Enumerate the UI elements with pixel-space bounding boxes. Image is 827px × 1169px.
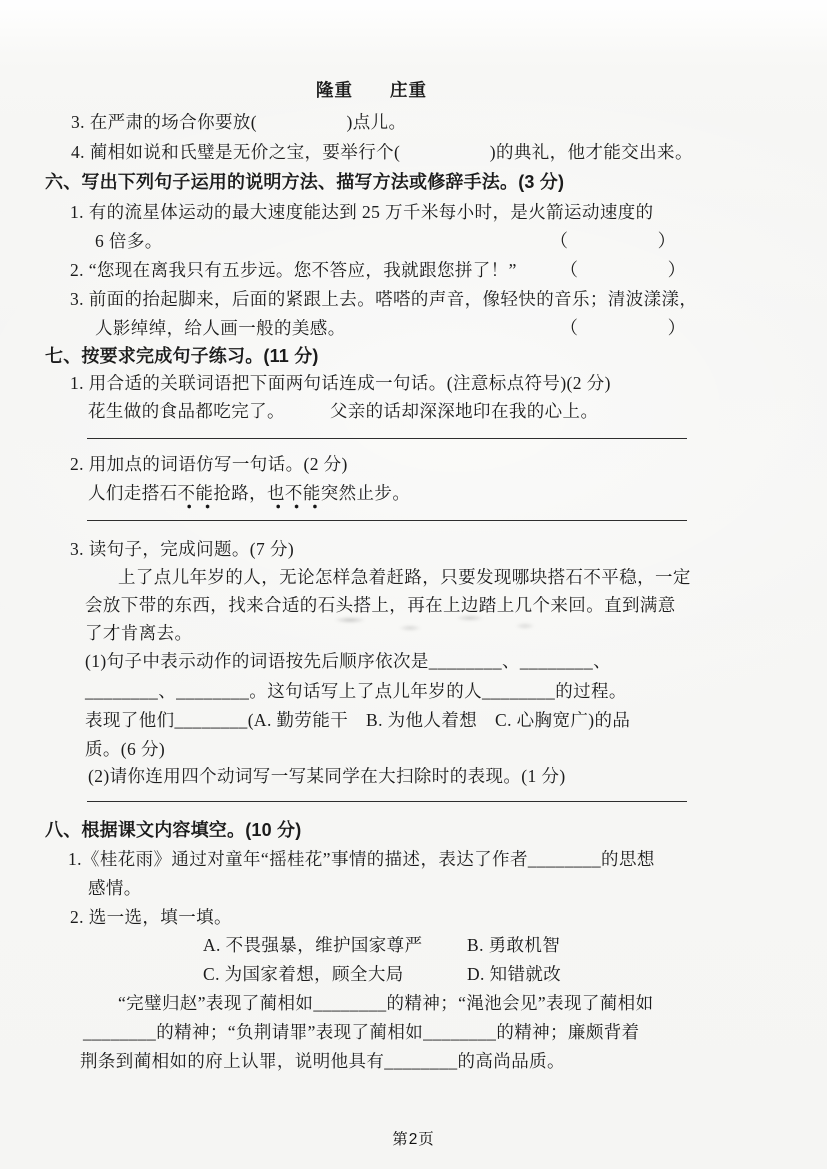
question-line-5-3: 3. 在严肃的场合你要放( )点儿。 [71,110,406,134]
option-d: D. 知错就改 [467,962,561,986]
paren-close: ） [668,316,686,340]
answer-rule-line [87,520,687,521]
question-line-6-3b: 人影绰绰，给人画一般的美感。 [95,316,346,340]
sentence-segment: 抢路， [213,483,267,503]
emphasized-word: 不能 [178,483,214,509]
emphasized-word: 也不能 [267,483,321,509]
section-seven-header: 七、按要求完成句子练习。(11 分) [45,344,319,368]
paren-close: ） [658,229,676,253]
answer-rule-line [87,438,687,439]
section-six-header: 六、写出下列句子运用的说明方法、描写方法或修辞手法。(3 分) [45,170,564,194]
subquestion-line: (2)请你连用四个动词写一写某同学在大扫除时的表现。(1 分) [88,764,566,788]
question-line-5-4: 4. 蔺相如说和氏璧是无价之宝，要举行个( )的典礼，他才能交出来。 [71,140,693,164]
option-b: B. 勇敢机智 [467,933,560,957]
question-line-6-1a: 1. 有的流星体运动的最大速度能达到 25 万千米每小时，是火箭运动速度的 [70,200,654,224]
answer-blank-parens-6-1: （ ） [550,229,676,253]
option-a: A. 不畏强暴，维护国家尊严 [203,933,423,957]
answer-blank-parens-6-2: （ ） [560,258,686,282]
subquestion-line: ________、________。这句话写上了点儿年岁的人________的过… [85,679,627,703]
paren-open: （ [560,316,578,340]
answer-rule-line [87,801,687,802]
question-line-8-1a: 1.《桂花雨》通过对童年“摇桂花”事情的描述，表达了作者________的思想 [68,847,655,871]
fill-in-paragraph-line: “完璧归赵”表现了蔺相如________的精神；“渑池会见”表现了蔺相如 [118,991,653,1015]
question-line-7-3: 3. 读句子，完成问题。(7 分) [70,537,294,561]
section-eight-header: 八、根据课文内容填空。(10 分) [45,818,301,842]
question-line-8-1b: 感情。 [88,876,142,900]
fill-in-paragraph-line: ________的精神；“负荆请罪”表现了蔺相如________的精神；廉颇背着 [83,1020,640,1044]
word-bank: 隆重 庄重 [316,78,427,102]
question-7-1-sentences: 花生做的食品都吃完了。 父亲的话却深深地印在我的心上。 [88,399,598,423]
subquestion-line: 表现了他们________(A. 勤劳能干 B. 为他人着想 C. 心胸宽广)的… [85,708,630,732]
question-line-6-1b: 6 倍多。 [95,229,163,253]
sentence-segment: 人们走搭石 [88,483,178,503]
passage-line: 上了点儿年岁的人，无论怎样急着赶路，只要发现哪块搭石不平稳，一定 [118,565,691,589]
exam-page: 隆重 庄重 3. 在严肃的场合你要放( )点儿。 4. 蔺相如说和氏璧是无价之宝… [0,0,827,1169]
scan-artifact [320,608,560,638]
question-7-2-sentence: 人们走搭石不能抢路，也不能突然止步。 [88,481,410,505]
question-line-6-2: 2. “您现在离我只有五步远。您不答应，我就跟您拼了！” [70,258,517,282]
question-line-7-1: 1. 用合适的关联词语把下面两句话连成一句话。(注意标点符号)(2 分) [70,371,611,395]
paren-open: （ [560,258,578,282]
passage-line: 了才肯离去。 [85,621,192,645]
sentence-segment: 突然止步。 [321,483,411,503]
subquestion-line: (1)句子中表示动作的词语按先后顺序依次是________、________、 [85,649,611,673]
subquestion-line: 质。(6 分) [85,737,165,761]
page-number: 第2页 [0,1128,827,1152]
paren-open: （ [550,229,568,253]
question-line-8-2: 2. 选一选，填一填。 [70,905,232,929]
answer-blank-parens-6-3: （ ） [560,316,686,340]
question-line-7-2: 2. 用加点的词语仿写一句话。(2 分) [70,452,348,476]
paren-close: ） [668,258,686,282]
option-c: C. 为国家着想，顾全大局 [203,962,404,986]
fill-in-paragraph-line: 荆条到蔺相如的府上认罪，说明他具有________的高尚品质。 [80,1049,565,1073]
question-line-6-3a: 3. 前面的抬起脚来，后面的紧跟上去。嗒嗒的声音，像轻快的音乐；清波漾漾， [70,287,697,311]
